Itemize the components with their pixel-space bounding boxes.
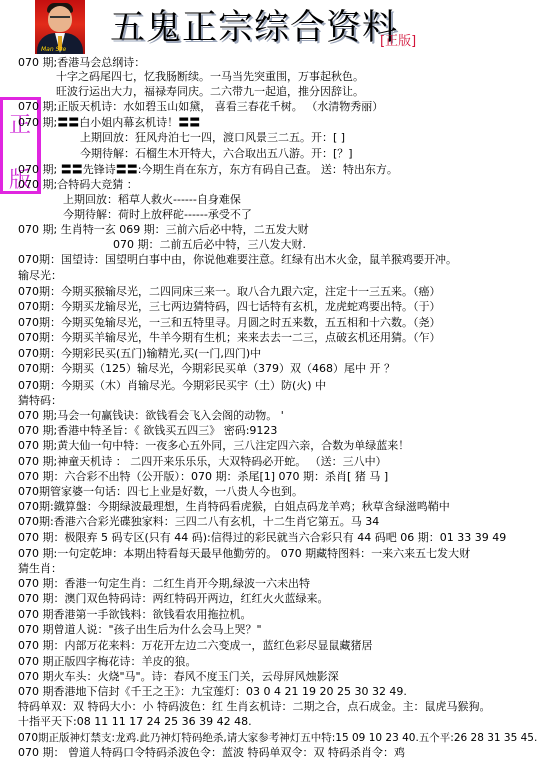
text-line: 070期：今期买龙输尽光，三七两边猜特码，四七话特有玄机，龙虎蛇鸡要出特。（于） xyxy=(18,300,441,314)
text-line: 070期:香港六合彩光碟独家料：三四二八有玄机，十二生肖它第五。马 34 xyxy=(18,515,379,529)
text-line: 070 期;神童天机诗 ： 二四开来乐乐乐，大双特码必开蛇。 （送：三八中） xyxy=(18,455,387,469)
text-line: 特码单双：双 特码大小：小 特码波色：红 生肖玄机诗：二期之合，点石成金。主：鼠… xyxy=(18,700,491,714)
photo-caption: Man Sze xyxy=(41,46,66,53)
text-line: 今期待解：石榴生木开特大，六合取出五八游。开：[？] xyxy=(80,147,353,161)
text-line: 070 期;合特码大竞猜 ： xyxy=(18,178,138,192)
text-line: 070 期; 生肖特一玄 069 期：三前六后必中特，二五发大财 xyxy=(18,223,309,237)
text-line: 070期：今期彩民买(五门)输精光,买(一门,四门)中 xyxy=(18,347,261,361)
text-line: 070 期;〓〓白小姐内幕玄机诗！〓〓 xyxy=(18,116,200,130)
author-photo: Man Sze xyxy=(35,0,85,54)
text-line: 今期待解：荷时上放秤砣------承受不了 xyxy=(63,208,252,222)
text-line: 070 期正版四字梅花诗：羊皮的狼。 xyxy=(18,655,197,669)
text-line: 070 期;马会一句赢钱诀：欲钱看会飞入会阁的动物。 ' xyxy=(18,409,284,423)
text-line: 070 期;正版天机诗：水如碧玉山如黛， 喜看三春花千树。 （水清物秀丽） xyxy=(18,100,383,114)
text-line: 070期正版神灯禁支:龙鸡.此乃神灯特码绝杀,请大家参考神灯五中特:15 09 … xyxy=(18,731,537,745)
photo-glasses xyxy=(50,16,70,22)
text-line: 070 期香港地下信封《千王之王》：九宝莲灯：03 0 4 21 19 20 2… xyxy=(18,685,407,699)
text-line: 070 期： 曾道人特码口令特码杀波色令：蓝波 特码单双令：双 特码杀肖令：鸡 xyxy=(18,746,405,760)
page-title: 五鬼正宗综合资料 xyxy=(110,8,398,48)
text-line: 070期：今期买羊输尽光，牛羊今期有生机；来来去去一二三，点破玄机还用猜。（乍） xyxy=(18,331,441,345)
text-line: 070 期;香港中特圣旨：《 欲钱买五四三》 密码:9123 xyxy=(18,424,277,438)
text-line: 070期:鐡算盤：今期绿波最理想，生肖特码看虎猴，白姐点码龙羊鸡；秋草含绿滋鸣鞘… xyxy=(18,500,450,514)
text-line: 070 期香港第一手欲钱料：欲钱看农用拖拉机。 xyxy=(18,608,252,622)
text-line: 070 期：澳门双色特码诗：两红特码开两边，红红火火蓝绿来。 xyxy=(18,592,329,606)
text-line: 070期：今期买兔输尽光，一三和五特里寻。月圆之时五来数，五五相和十六数。（尧） xyxy=(18,316,441,330)
text-line: 070期：今期买（木）肖输尽光。今期彩民买宇（土）防(火) 中 xyxy=(18,379,326,393)
text-line: 上期回放：稻草人救火------自身难保 xyxy=(63,193,241,207)
text-line: 070 期:一句定乾坤：本期出特看每天最早他勤劳的。 070 期藏特图料：一来六… xyxy=(18,547,470,561)
text-line: 070 期：香港一句定生肖：二红生肖开今期,绿波一六未出特 xyxy=(18,577,310,591)
text-line: 070 期：内部万花来料：万花开左边二六变成一，蓝红色彩尽显鼠藏猪居 xyxy=(18,639,373,653)
text-line: 猜特码： xyxy=(18,394,62,408)
text-line: 070 期; 〓〓先锋诗〓〓:今期生肖在东方，东方有码自己查。 送：特出东方。 xyxy=(18,163,398,177)
text-line: 070期：今期买猴输尽光，二四同床三来一。取八合九跟六定，注定十一三五来。（癌） xyxy=(18,285,441,299)
text-line: 070 期：二前五后必中特，三八发大财. xyxy=(113,238,306,252)
text-line: 070期：今期买（125）输尽光，今期彩民买单（379）双（468）尾中 开 ？ xyxy=(18,362,395,376)
text-line: 十字之码尾四七，忆我肠断续。一马当先突重围，万事起秋色。 xyxy=(56,70,364,84)
text-line: 070 期：六合彩不出特（公开版）：070 期：杀尾[1] 070 期：杀肖[ … xyxy=(18,470,388,484)
text-line: 070期：国望诗：国望明白事中由，你说他难要注意。红绿有出木火金，鼠羊猴鸡要开冲… xyxy=(18,253,457,267)
text-line: 070期管家婆一句话：四七上业是好数，一八贵人今也到。 xyxy=(18,485,303,499)
text-line: 旺波行运出大力，福禄寿同庆。二六带九一起追，推分因辞让。 xyxy=(56,85,364,99)
text-line: 070 期;香港马会总纲诗： xyxy=(18,56,145,70)
text-line: 输尽光： xyxy=(18,269,62,283)
text-line: 070 期;黄大仙一句中特：一夜多心五外同，三八注定四六亲，合数为单绿蓝来！ xyxy=(18,439,409,453)
text-line: 上期回放：狂风舟泊七一四，渡口风景三二五。开：[ ] xyxy=(80,131,345,145)
edition-tag: [正版] xyxy=(380,30,416,49)
page-header: Man Sze 五鬼正宗综合资料 [正版] xyxy=(0,0,549,54)
text-line: 070 期火车头：火烧"马"。诗：春风不度玉门关，云母屏风烛影深 xyxy=(18,670,339,684)
text-line: 十指平天下:08 11 11 17 24 25 36 39 42 48. xyxy=(18,715,252,729)
text-line: 070 期曾道人说："孩子出生后为什么会马上哭？" xyxy=(18,623,262,637)
text-line: 猜生肖： xyxy=(18,562,62,576)
text-line: 070 期：极限弃 5 码专区(只有 44 码):信得过的彩民就当六合彩只有 4… xyxy=(18,531,506,545)
